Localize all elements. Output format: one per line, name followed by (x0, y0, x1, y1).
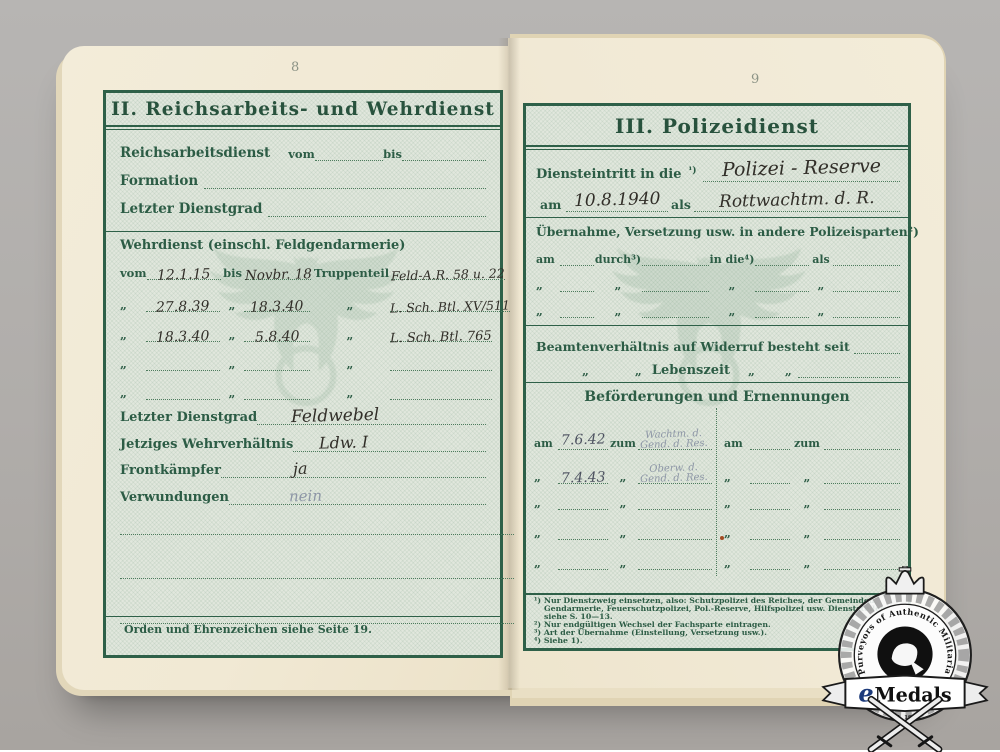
ueb-cell (755, 306, 809, 318)
ditto-mark: „ (785, 364, 792, 378)
ditto-mark: „ (310, 298, 390, 312)
wd-value: Novbr. 18 (244, 268, 311, 283)
ditto-mark: „ (536, 304, 560, 318)
ditto-mark: „ (809, 278, 833, 292)
lebenszeit-label: Lebenszeit (652, 363, 730, 378)
wd-value: 12.1.15 (157, 267, 211, 282)
left-section-title: II. Reichsarbeits- und Wehrdienst (106, 93, 500, 127)
rad-bis-label: bis (383, 147, 402, 161)
wd-value: 18.3.40 (250, 299, 304, 314)
ueb-durch: durch³) (594, 253, 642, 266)
entry-date: 10.8.1940 (574, 191, 661, 210)
ditto-mark: „ (310, 328, 390, 342)
ditto-mark: „ (594, 278, 642, 292)
bef-cell-empty (638, 496, 712, 510)
ditto-mark: „ (220, 386, 244, 400)
wd-value: L. Sch. Btl. XV/511 (390, 299, 510, 315)
photo-background: 8 9 II. Reichsarbeits- und Wehrdienst Re… (0, 0, 1000, 750)
ditto-mark: „ (534, 496, 558, 510)
field-value: nein (289, 489, 322, 505)
bef-rank-line2: Gend. d. Res. (640, 472, 708, 485)
ditto-mark: „ (534, 526, 558, 540)
ditto-mark: „ (608, 470, 638, 484)
ditto-mark: „ (536, 278, 560, 292)
wd-cell: 18.3.40 (146, 326, 220, 342)
bef-cell-empty (750, 526, 790, 540)
field-line: Ldw. I (293, 433, 486, 452)
ueb-cell (560, 280, 594, 292)
ditto-mark: „ (724, 556, 750, 570)
bef-cell-empty (750, 496, 790, 510)
bef-cell-empty (558, 496, 608, 510)
field-line: ja (221, 459, 486, 478)
field-line: nein (229, 486, 486, 505)
ditto-mark: „ (724, 470, 750, 484)
wd-value: L. Sch. Btl. 765 (390, 330, 492, 346)
wd-cell: L. Sch. Btl. 765 (390, 326, 492, 342)
divider (526, 325, 908, 326)
field-label: Verwundungen (120, 490, 229, 505)
bef-date-line: 7.6.42 (558, 433, 608, 450)
ditto-mark: „ (709, 304, 755, 318)
ditto-mark: „ (120, 357, 146, 371)
formation-label: Formation (120, 173, 198, 189)
ueb-cell (755, 280, 809, 292)
wd-cell: Feld-A.R. 58 u. 22 (391, 264, 505, 280)
ditto-mark: „ (608, 526, 638, 540)
wd-cell-empty (244, 385, 310, 400)
bef-cell-empty (824, 433, 900, 450)
ditto-mark: „ (534, 470, 558, 484)
ditto-mark: „ (608, 496, 638, 510)
beamten-cell (798, 364, 900, 378)
field-value: ja (293, 461, 308, 477)
ditto-mark: „ (120, 298, 146, 312)
ditto-mark: „ (582, 364, 589, 378)
bef-am: am (724, 437, 750, 450)
field-label: Letzter Dienstgrad (120, 410, 257, 425)
diensteintritt-label: Diensteintritt in die (536, 167, 681, 182)
beamten-line1: Beamtenverhältnis auf Widerruf besteht s… (536, 339, 850, 354)
rad-label: Reichsarbeitsdienst (120, 145, 270, 161)
letzter-dienstgrad-top-label: Letzter Dienstgrad (120, 201, 262, 217)
bef-cell-empty (824, 496, 900, 510)
empty-line (120, 522, 514, 535)
entry-rank-line: Rottwachtm. d. R. (694, 190, 900, 212)
crown-icon (886, 566, 923, 594)
rad-vom-label: vom (288, 147, 315, 161)
wd-col-bis: bis (221, 266, 245, 280)
divider (526, 217, 908, 218)
ditto-mark: „ (790, 496, 824, 510)
bef-am: am (534, 437, 558, 450)
ditto-mark: „ (724, 496, 750, 510)
ditto-mark: „ (790, 526, 824, 540)
wd-value: 18.3.40 (156, 329, 210, 344)
bef-cell-empty (638, 556, 712, 570)
am-label: am (540, 197, 566, 212)
wd-value: 27.8.39 (156, 299, 210, 314)
empty-line (120, 566, 514, 579)
ueb-indie: in die⁴) (709, 253, 755, 266)
bef-rank-line2: Gend. d. Res. (640, 438, 708, 451)
ditto-mark: „ (790, 470, 824, 484)
wd-value: Feld-A.R. 58 u. 22 (391, 268, 505, 283)
letzter-dienstgrad-top-field (268, 202, 486, 217)
formation-field (204, 174, 486, 189)
bef-date: 7.6.42 (561, 432, 606, 447)
bef-rank-line: Wachtm. d.Gend. d. Res. (638, 433, 712, 450)
wd-cell: 5.8.40 (244, 326, 310, 342)
wd-col-vom: vom (120, 266, 147, 280)
ditto-mark: „ (724, 526, 750, 540)
diensteintritt-value: Polizei - Reserve (722, 157, 881, 180)
ditto-mark: „ (220, 328, 244, 342)
ueb-am: am (536, 253, 560, 266)
ditto-mark: „ (635, 364, 642, 378)
divider (106, 616, 500, 617)
bef-cell-empty (750, 433, 790, 450)
footnote-ref-1: ¹) (681, 166, 703, 176)
bef-cell-empty (750, 467, 790, 484)
bef-cell-empty (824, 467, 900, 484)
bef-zum: zum (608, 437, 638, 450)
als-label: als (668, 197, 694, 212)
ditto-mark: „ (748, 364, 755, 378)
wd-value: 5.8.40 (255, 329, 300, 344)
wd-cell: L. Sch. Btl. XV/511 (390, 296, 510, 312)
diensteintritt-line: Polizei - Reserve (703, 159, 900, 182)
field-value: Ldw. I (319, 434, 369, 451)
rad-bis-field (402, 146, 486, 161)
bef-cell-empty (824, 526, 900, 540)
ditto-mark: „ (220, 298, 244, 312)
ditto-mark: „ (594, 304, 642, 318)
bef-date-line: 7.4.43 (558, 467, 608, 484)
field-line: Feldwebel (257, 406, 486, 425)
befoerderungen-heading: Beförderungen und Ernennungen (526, 389, 908, 405)
bef-date: 7.4.43 (561, 470, 606, 485)
ditto-mark: „ (310, 386, 390, 400)
page-number-right: 9 (751, 72, 759, 87)
ditto-mark: „ (809, 304, 833, 318)
right-section-title: III. Polizeidienst (526, 106, 908, 147)
ueb-cell (560, 254, 594, 266)
ueb-cell (642, 306, 709, 318)
ditto-mark: „ (709, 278, 755, 292)
field-label: Jetziges Wehrverhältnis (120, 437, 293, 452)
rad-vom-field (315, 146, 383, 161)
ueb-cell (833, 306, 900, 318)
ditto-mark: „ (120, 386, 146, 400)
bef-rank-line: Oberw. d.Gend. d. Res. (638, 467, 712, 484)
uebernahme-heading: Übernahme, Versetzung usw. in andere Pol… (536, 224, 919, 239)
wd-col-truppenteil: Truppenteil (311, 266, 391, 280)
ueb-cell (642, 280, 709, 292)
ditto-mark: „ (608, 556, 638, 570)
divider (106, 231, 500, 232)
wd-cell: 18.3.40 (244, 296, 310, 312)
wd-cell-empty (244, 356, 310, 371)
ueb-als: als (809, 253, 833, 266)
left-page-footer: Orden und Ehrenzeichen siehe Seite 19. (124, 623, 372, 636)
wehrdienst-heading: Wehrdienst (einschl. Feldgendarmerie) (120, 238, 405, 253)
wd-cell-empty (390, 356, 492, 371)
bef-cell-empty (750, 556, 790, 570)
ueb-cell (833, 280, 900, 292)
wd-cell: 27.8.39 (146, 296, 220, 312)
ditto-mark: „ (534, 556, 558, 570)
wd-cell-empty (390, 385, 492, 400)
left-page-form: II. Reichsarbeits- und Wehrdienst Reichs… (103, 90, 503, 658)
ditto-mark: „ (120, 328, 146, 342)
wd-cell: 12.1.15 (147, 264, 221, 280)
field-value: Feldwebel (291, 407, 380, 426)
wd-cell-empty (146, 385, 220, 400)
beamten-cell (854, 340, 900, 354)
ueb-cell (833, 254, 900, 266)
ditto-mark: „ (220, 357, 244, 371)
page-number-left: 8 (291, 60, 299, 75)
ditto-mark: „ (310, 357, 390, 371)
bef-zum: zum (790, 437, 824, 450)
ueb-cell (642, 254, 709, 266)
column-divider (716, 408, 717, 576)
entry-rank: Rottwachtm. d. R. (719, 190, 875, 211)
wd-cell: Novbr. 18 (245, 264, 312, 280)
ueb-cell (560, 306, 594, 318)
bef-cell-empty (558, 526, 608, 540)
bef-cell-empty (638, 526, 712, 540)
bef-cell-empty (558, 556, 608, 570)
divider (526, 382, 908, 383)
field-label: Frontkämpfer (120, 463, 221, 478)
entry-date-line: 10.8.1940 (566, 190, 668, 212)
ueb-cell (755, 254, 809, 266)
emedals-watermark-badge: Purveyors of Authentic Militaria eMedals… (816, 566, 994, 750)
wd-cell-empty (146, 356, 220, 371)
